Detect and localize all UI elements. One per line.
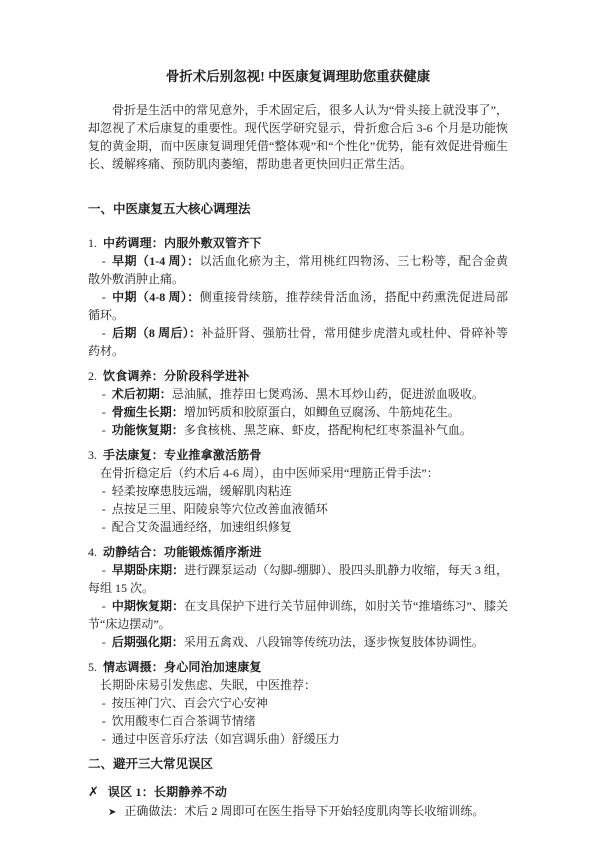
intro-paragraph: 骨折是生活中的常见意外，手术固定后，很多人认为“骨头接上就没事了”，却忽视了术后… <box>88 101 508 173</box>
bullet-text: 点按足三里、阳陵泉等穴位改善血液循环 <box>112 502 328 516</box>
item-heading: 4.动静结合：功能锻炼循序渐进 <box>88 543 508 561</box>
method-item-diet: 2.饮食调养：分阶段科学进补 -术后初期：忌油腻，推荐田七煲鸡汤、黑木耳炒山药，… <box>88 367 508 439</box>
bullet-acupoint-calm: -按压神门穴、百会穴宁心安神 <box>88 694 508 712</box>
correction-text: 正确做法：术后 2 周即可在医生指导下开始轻度肌肉等长收缩训练。 <box>124 804 484 818</box>
dash-marker: - <box>102 290 106 304</box>
bullet-early-stage: -早期（1-4 周）：以活血化瘀为主，常用桃红四物汤、三七粉等，配合金黄散外敷消… <box>88 252 508 288</box>
section-heading-core-methods: 一、中医康复五大核心调理法 <box>88 200 508 218</box>
bullet-mid-stage: -中期（4-8 周）：侧重接骨续筋，推荐续骨活血汤，搭配中药熏洗促进局部循环。 <box>88 288 508 324</box>
bullet-late-strengthen-stage: -后期强化期：采用五禽戏、八段锦等传统功法，逐步恢复肢体协调性。 <box>88 633 508 651</box>
dash-marker: - <box>102 696 106 710</box>
item-lead-text: 长期卧床易引发焦虑、失眠，中医推荐： <box>88 676 508 694</box>
method-item-massage: 3.手法康复：专业推拿激活筋骨 在骨折稳定后（约术后 4-6 周），由中医师采用… <box>88 446 508 536</box>
item-number: 5. <box>88 660 97 674</box>
misconception-block: ✗误区 1：长期静养不动 ➤正确做法：术后 2 周即可在医生指导下开始轻度肌肉等… <box>88 783 508 822</box>
bullet-text: 忌油腻，推荐田七煲鸡汤、黑木耳炒山药，促进淤血吸收。 <box>172 387 484 401</box>
dash-marker: - <box>102 254 106 268</box>
dash-marker: - <box>102 405 106 419</box>
item-title: 情志调摄：身心同治加速康复 <box>103 660 262 674</box>
item-heading: 3.手法康复：专业推拿激活筋骨 <box>88 446 508 464</box>
item-number: 2. <box>88 369 97 383</box>
bullet-text: 饮用酸枣仁百合茶调节情绪 <box>112 714 256 728</box>
bullet-acupoint-press: -点按足三里、阳陵泉等穴位改善血液循环 <box>88 500 508 518</box>
bullet-label: 后期强化期： <box>112 635 184 649</box>
method-item-herbal: 1.中药调理：内服外敷双管齐下 -早期（1-4 周）：以活血化瘀为主，常用桃红四… <box>88 234 508 360</box>
dash-marker: - <box>102 599 106 613</box>
item-title: 饮食调养：分阶段科学进补 <box>103 369 249 383</box>
bullet-label: 早期（1-4 周）： <box>112 254 200 268</box>
item-number: 1. <box>88 236 97 250</box>
item-title: 中药调理：内服外敷双管齐下 <box>103 236 262 250</box>
bullet-label: 早期卧床期： <box>112 563 184 577</box>
bullet-label: 功能恢复期： <box>112 423 184 437</box>
bullet-mid-recovery-stage: -中期恢复期：在支具保护下进行关节屈伸训练，如肘关节“推墙练习”、膝关节“床边摆… <box>88 597 508 633</box>
dash-marker: - <box>102 423 106 437</box>
bullet-label: 后期（8 周后）： <box>112 326 202 340</box>
bullet-text: 通过中医音乐疗法（如宫调乐曲）舒缓压力 <box>112 732 340 746</box>
item-heading: 2.饮食调养：分阶段科学进补 <box>88 367 508 385</box>
arrow-icon: ➤ <box>108 807 116 818</box>
item-heading: 5.情志调摄：身心同治加速康复 <box>88 658 508 676</box>
dash-marker: - <box>102 635 106 649</box>
item-heading: 1.中药调理：内服外敷双管齐下 <box>88 234 508 252</box>
dash-marker: - <box>102 326 106 340</box>
item-title: 手法康复：专业推拿激活筋骨 <box>103 448 262 462</box>
bullet-early-bed-stage: -早期卧床期：进行踝泵运动（勾脚-绷脚）、股四头肌静力收缩，每天 3 组，每组 … <box>88 561 508 597</box>
bullet-text: 按压神门穴、百会穴宁心安神 <box>112 696 268 710</box>
item-number: 4. <box>88 545 97 559</box>
bullet-late-stage: -后期（8 周后）：补益肝肾、强筋壮骨，常用健步虎潜丸或杜仲、骨碎补等药材。 <box>88 324 508 360</box>
bullet-label: 骨痂生长期： <box>112 405 184 419</box>
dash-marker: - <box>102 484 106 498</box>
bullet-text: 轻柔按摩患肢远端，缓解肌肉粘连 <box>112 484 292 498</box>
bullet-text: 多食核桃、黑芝麻、虾皮，搭配枸杞红枣茶温补气血。 <box>184 423 472 437</box>
misconception-title-row: ✗误区 1：长期静养不动 <box>88 783 508 802</box>
misconception-title: 误区 1：长期静养不动 <box>108 785 227 799</box>
bullet-callus-growth: -骨痂生长期：增加钙质和胶原蛋白，如鲫鱼豆腐汤、牛筋炖花生。 <box>88 403 508 421</box>
section-heading-misconceptions: 二、避开三大常见误区 <box>88 755 508 773</box>
bullet-label: 中期（4-8 周）： <box>112 290 200 304</box>
bullet-moxibustion: -配合艾灸温通经络，加速组织修复 <box>88 518 508 536</box>
dash-marker: - <box>102 732 106 746</box>
bullet-label: 中期恢复期： <box>112 599 184 613</box>
bullet-text: 配合艾灸温通经络，加速组织修复 <box>112 520 292 534</box>
document-page: { "marks": { "dash": "-", "cross": "✗", … <box>0 0 595 841</box>
bullet-text: 增加钙质和胶原蛋白，如鲫鱼豆腐汤、牛筋炖花生。 <box>184 405 460 419</box>
dash-marker: - <box>102 714 106 728</box>
document-title: 骨折术后别忽视! 中医康复调理助您重获健康 <box>88 68 508 86</box>
method-item-emotion: 5.情志调摄：身心同治加速康复 长期卧床易引发焦虑、失眠，中医推荐： -按压神门… <box>88 658 508 748</box>
bullet-herbal-tea: -饮用酸枣仁百合茶调节情绪 <box>88 712 508 730</box>
bullet-gentle-massage: -轻柔按摩患肢远端，缓解肌肉粘连 <box>88 482 508 500</box>
item-number: 3. <box>88 448 97 462</box>
bullet-music-therapy: -通过中医音乐疗法（如宫调乐曲）舒缓压力 <box>88 730 508 748</box>
bullet-function-recovery: -功能恢复期：多食核桃、黑芝麻、虾皮，搭配枸杞红枣茶温补气血。 <box>88 421 508 439</box>
method-item-exercise: 4.动静结合：功能锻炼循序渐进 -早期卧床期：进行踝泵运动（勾脚-绷脚）、股四头… <box>88 543 508 651</box>
item-title: 动静结合：功能锻炼循序渐进 <box>103 545 262 559</box>
correction-row: ➤正确做法：术后 2 周即可在医生指导下开始轻度肌肉等长收缩训练。 <box>88 802 508 822</box>
dash-marker: - <box>102 520 106 534</box>
bullet-postop-initial: -术后初期：忌油腻，推荐田七煲鸡汤、黑木耳炒山药，促进淤血吸收。 <box>88 385 508 403</box>
dash-marker: - <box>102 387 106 401</box>
cross-mark-icon: ✗ <box>88 785 99 800</box>
item-lead-text: 在骨折稳定后（约术后 4-6 周），由中医师采用“理筋正骨手法”： <box>88 464 508 482</box>
bullet-label: 术后初期： <box>112 387 172 401</box>
bullet-text: 采用五禽戏、八段锦等传统功法，逐步恢复肢体协调性。 <box>184 635 484 649</box>
dash-marker: - <box>102 502 106 516</box>
dash-marker: - <box>102 563 106 577</box>
